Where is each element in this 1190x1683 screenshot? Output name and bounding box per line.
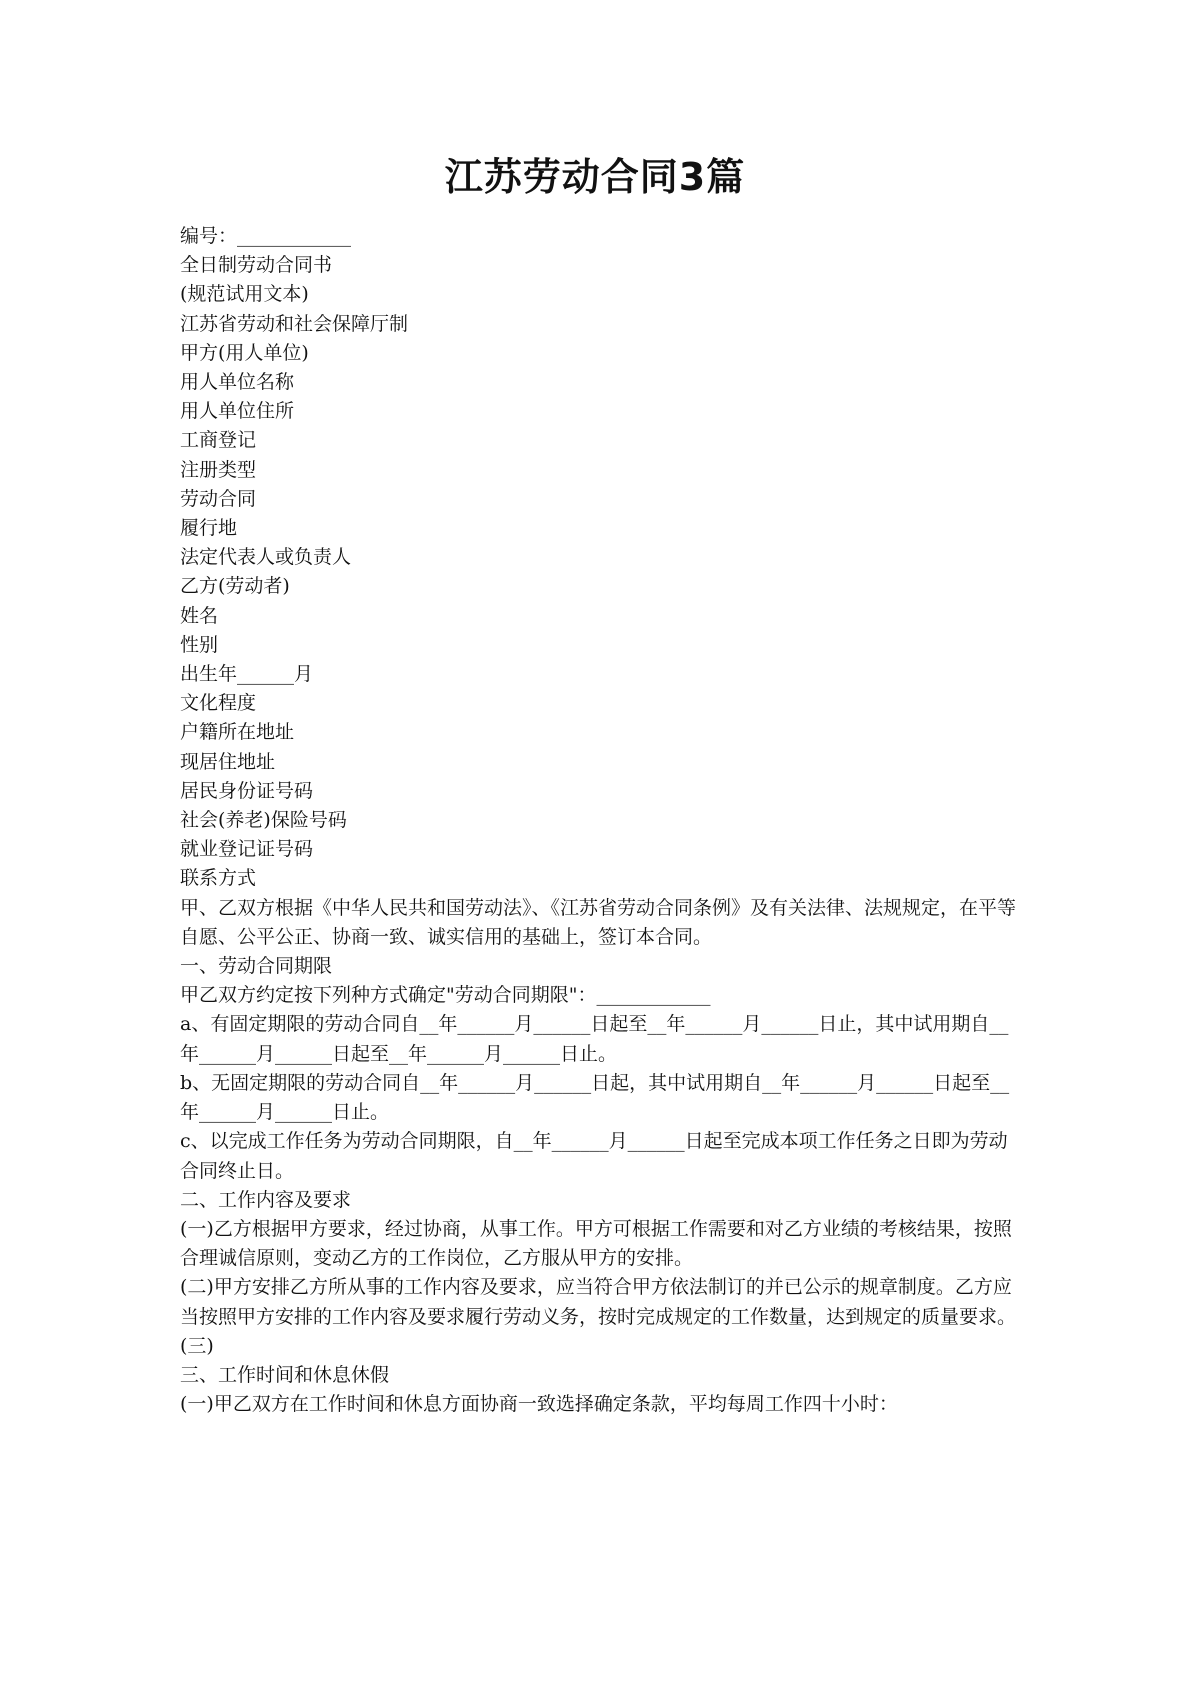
party-a-heading: 甲方(用人单位) <box>180 339 1016 368</box>
section-2-heading: 二、工作内容及要求 <box>180 1186 1016 1215</box>
field-birth: 出生年______月 <box>180 660 1016 689</box>
field-employment-registration: 就业登记证号码 <box>180 835 1016 864</box>
page-title: 江苏劳动合同3篇 <box>0 152 1190 202</box>
doc-version-note: (规范试用文本) <box>180 280 1016 309</box>
term-option-b: b、无固定期限的劳动合同自__年______月______日起，其中试用期自__… <box>180 1069 1016 1127</box>
field-performance-place: 履行地 <box>180 514 1016 543</box>
preamble-paragraph: 甲、乙双方根据《中华人民共和国劳动法》、《江苏省劳动合同条例》及有关法律、法规规… <box>180 894 1016 952</box>
contract-number-line: 编号：____________ <box>180 222 1016 251</box>
term-method-paragraph: 甲乙双方约定按下列种方式确定"劳动合同期限"：____________ <box>180 981 1016 1010</box>
section-1-heading: 一、劳动合同期限 <box>180 952 1016 981</box>
document-body: 编号：____________ 全日制劳动合同书 (规范试用文本) 江苏省劳动和… <box>180 222 1016 1419</box>
field-contact: 联系方式 <box>180 864 1016 893</box>
field-current-address: 现居住地址 <box>180 748 1016 777</box>
field-social-insurance: 社会(养老)保险号码 <box>180 806 1016 835</box>
field-id-number: 居民身份证号码 <box>180 777 1016 806</box>
field-name: 姓名 <box>180 602 1016 631</box>
section-3-heading: 三、工作时间和休息休假 <box>180 1361 1016 1390</box>
field-education: 文化程度 <box>180 689 1016 718</box>
field-household-address: 户籍所在地址 <box>180 718 1016 747</box>
work-clause-2: (二)甲方安排乙方所从事的工作内容及要求，应当符合甲方依法制订的并已公示的规章制… <box>180 1273 1016 1331</box>
term-option-a: a、有固定期限的劳动合同自__年______月______日起至__年_____… <box>180 1010 1016 1068</box>
work-clause-1: (一)乙方根据甲方要求，经过协商，从事工作。甲方可根据工作需要和对乙方业绩的考核… <box>180 1215 1016 1273</box>
field-registration-type: 注册类型 <box>180 456 1016 485</box>
field-employer-address: 用人单位住所 <box>180 397 1016 426</box>
field-employer-name: 用人单位名称 <box>180 368 1016 397</box>
field-labor-contract: 劳动合同 <box>180 485 1016 514</box>
field-legal-representative: 法定代表人或负责人 <box>180 543 1016 572</box>
party-b-heading: 乙方(劳动者) <box>180 572 1016 601</box>
hours-clause-1: (一)甲乙双方在工作时间和休息方面协商一致选择确定条款，平均每周工作四十小时： <box>180 1390 1016 1419</box>
work-clause-3: (三) <box>180 1332 1016 1361</box>
field-gender: 性别 <box>180 631 1016 660</box>
field-business-registration: 工商登记 <box>180 426 1016 455</box>
doc-subtitle: 全日制劳动合同书 <box>180 251 1016 280</box>
term-option-c: c、以完成工作任务为劳动合同期限，自__年______月______日起至完成本… <box>180 1127 1016 1185</box>
doc-issuer: 江苏省劳动和社会保障厅制 <box>180 310 1016 339</box>
